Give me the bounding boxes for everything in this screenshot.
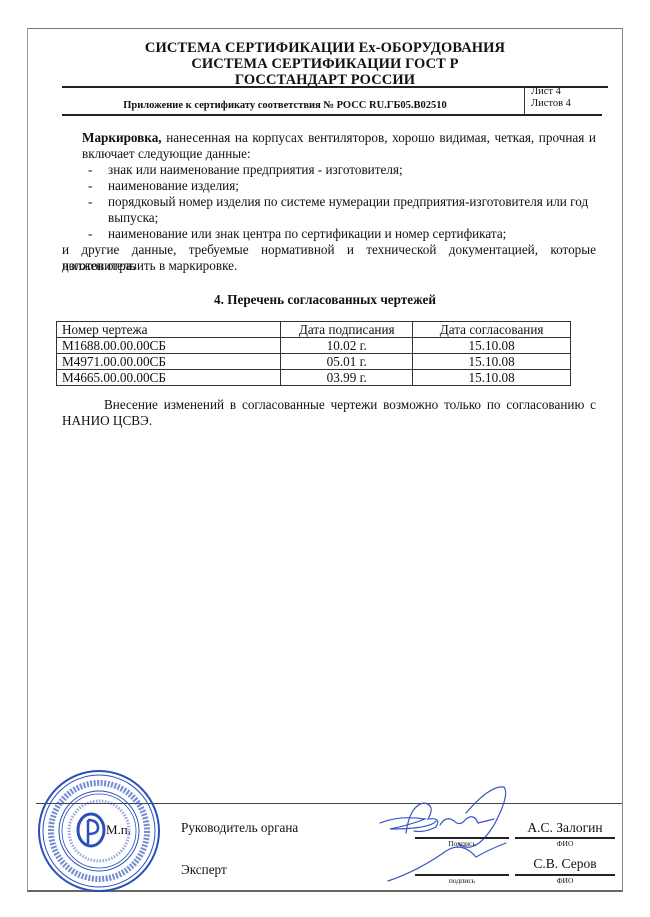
drawings-note-line-2: НАНИО ЦСВЭ. bbox=[62, 413, 152, 429]
bullet-dash: - bbox=[88, 226, 92, 242]
signing-date: 10.02 г. bbox=[281, 338, 413, 354]
drawings-note-line-1: Внесение изменений в согласованные черте… bbox=[104, 397, 596, 413]
drawing-number: М4971.00.00.00СБ bbox=[57, 354, 281, 370]
column-header-approval-date: Дата согласования bbox=[413, 322, 571, 338]
marking-line-1-text: нанесенная на корпусах вентиляторов, хор… bbox=[166, 130, 596, 145]
marking-lead: Маркировка, bbox=[82, 130, 162, 145]
bullet-dash: - bbox=[88, 178, 92, 194]
head-full-name: А.С. Залогин bbox=[515, 820, 615, 836]
sheet-info: Лист 4 Листов 4 bbox=[524, 86, 615, 114]
drawings-table: Номер чертежа Дата подписания Дата согла… bbox=[56, 321, 571, 386]
header-title-line-2: СИСТЕМА СЕРТИФИКАЦИИ ГОСТ Р bbox=[0, 56, 650, 72]
head-name-caption: ФИО bbox=[515, 840, 615, 848]
bullet-text: порядковый номер изделия по системе нуме… bbox=[108, 194, 588, 210]
marking-bullet-2: - наименование изделия; bbox=[88, 178, 598, 194]
head-signature-caption: Подпись bbox=[415, 840, 509, 848]
header-title-line-1: СИСТЕМА СЕРТИФИКАЦИИ Ex-ОБОРУДОВАНИЯ bbox=[0, 40, 650, 56]
approval-date: 15.10.08 bbox=[413, 370, 571, 386]
drawing-number: М4665.00.00.00СБ bbox=[57, 370, 281, 386]
bullet-text: наименование или знак центра по сертифик… bbox=[108, 226, 506, 242]
bullet-dash: - bbox=[88, 194, 92, 210]
expert-name-caption: ФИО bbox=[515, 877, 615, 885]
header-bottom-rule bbox=[62, 114, 602, 116]
expert-label: Эксперт bbox=[181, 862, 227, 878]
marking-line-1: Маркировка, нанесенная на корпусах венти… bbox=[82, 130, 596, 146]
marking-bullet-1: - знак или наименование предприятия - из… bbox=[88, 162, 598, 178]
signing-date: 03.99 г. bbox=[281, 370, 413, 386]
marking-closing-line-2: должен отразить в маркировке. bbox=[62, 258, 237, 274]
expert-signature-caption: подпись bbox=[415, 877, 509, 885]
table-row: М1688.00.00.00СБ 10.02 г. 15.10.08 bbox=[57, 338, 571, 354]
official-seal-icon: М.п. bbox=[36, 768, 162, 894]
sheets-total: Листов 4 bbox=[525, 98, 615, 110]
approval-date: 15.10.08 bbox=[413, 338, 571, 354]
drawing-number: М1688.00.00.00СБ bbox=[57, 338, 281, 354]
approval-date: 15.10.08 bbox=[413, 354, 571, 370]
certificate-annex-title: Приложение к сертификату соответствия № … bbox=[62, 100, 508, 112]
signature-marks-icon bbox=[370, 785, 530, 885]
sheet-number: Лист 4 bbox=[525, 86, 615, 98]
section-title-drawings: 4. Перечень согласованных чертежей bbox=[0, 292, 650, 308]
signing-date: 05.01 г. bbox=[281, 354, 413, 370]
bullet-text-continued: выпуска; bbox=[108, 210, 158, 226]
bullet-text: наименование изделия; bbox=[108, 178, 239, 194]
marking-bullet-4: - наименование или знак центра по сертиф… bbox=[88, 226, 598, 242]
table-header-row: Номер чертежа Дата подписания Дата согла… bbox=[57, 322, 571, 338]
column-header-signing-date: Дата подписания bbox=[281, 322, 413, 338]
column-header-drawing-number: Номер чертежа bbox=[57, 322, 281, 338]
bullet-dash: - bbox=[88, 162, 92, 178]
table-row: М4665.00.00.00СБ 03.99 г. 15.10.08 bbox=[57, 370, 571, 386]
expert-full-name: С.В. Серов bbox=[515, 856, 615, 872]
marking-line-2: включает следующие данные: bbox=[82, 146, 251, 162]
table-row: М4971.00.00.00СБ 05.01 г. 15.10.08 bbox=[57, 354, 571, 370]
svg-text:М.п.: М.п. bbox=[106, 822, 131, 837]
marking-bullet-3: - порядковый номер изделия по системе ну… bbox=[88, 194, 598, 226]
bullet-text: знак или наименование предприятия - изго… bbox=[108, 162, 403, 178]
head-of-body-label: Руководитель органа bbox=[181, 820, 298, 836]
